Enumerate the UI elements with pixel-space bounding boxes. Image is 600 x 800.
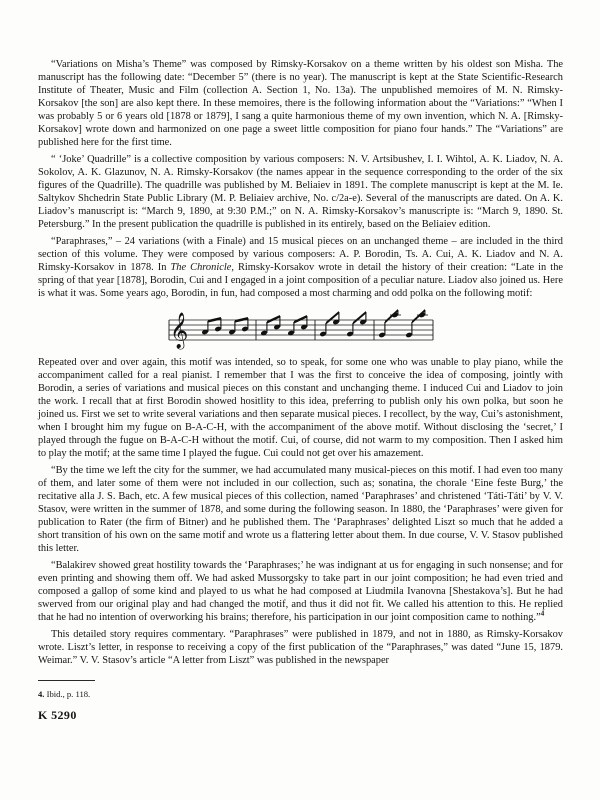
balakirev-text: “Balakirev showed great hostility toward… <box>38 560 563 623</box>
footnote-reference-4: 4 <box>541 610 545 618</box>
plate-number: K 5290 <box>38 709 563 722</box>
footnote-text: Ibid., p. 118. <box>44 689 90 699</box>
svg-text:𝄞: 𝄞 <box>170 313 188 350</box>
paragraph-by-the-time: “By the time we left the city for the su… <box>38 464 563 555</box>
paragraph-balakirev: “Balakirev showed great hostility toward… <box>38 559 563 624</box>
footnote: 4. Ibid., p. 118. <box>38 689 563 699</box>
paragraph-joke-quadrille: “ ‘Joke’ Quadrille” is a collective comp… <box>38 153 563 231</box>
paragraph-paraphrases: “Paraphrases,” – 24 variations (with a F… <box>38 235 563 300</box>
paragraph-variations-on-mishas-theme: “Variations on Misha’s Theme” was compos… <box>38 58 563 149</box>
chronicle-title-italic: The Chronicle <box>171 262 232 273</box>
music-notation-svg: 𝄞 <box>160 306 442 352</box>
footnote-divider <box>38 680 95 681</box>
book-page: “Variations on Misha’s Theme” was compos… <box>0 0 600 800</box>
paragraph-repeated-motif: Repeated over and over again, this motif… <box>38 356 563 460</box>
paragraph-commentary: This detailed story requires commentary.… <box>38 628 563 667</box>
music-notation-figure: 𝄞 <box>160 306 442 352</box>
